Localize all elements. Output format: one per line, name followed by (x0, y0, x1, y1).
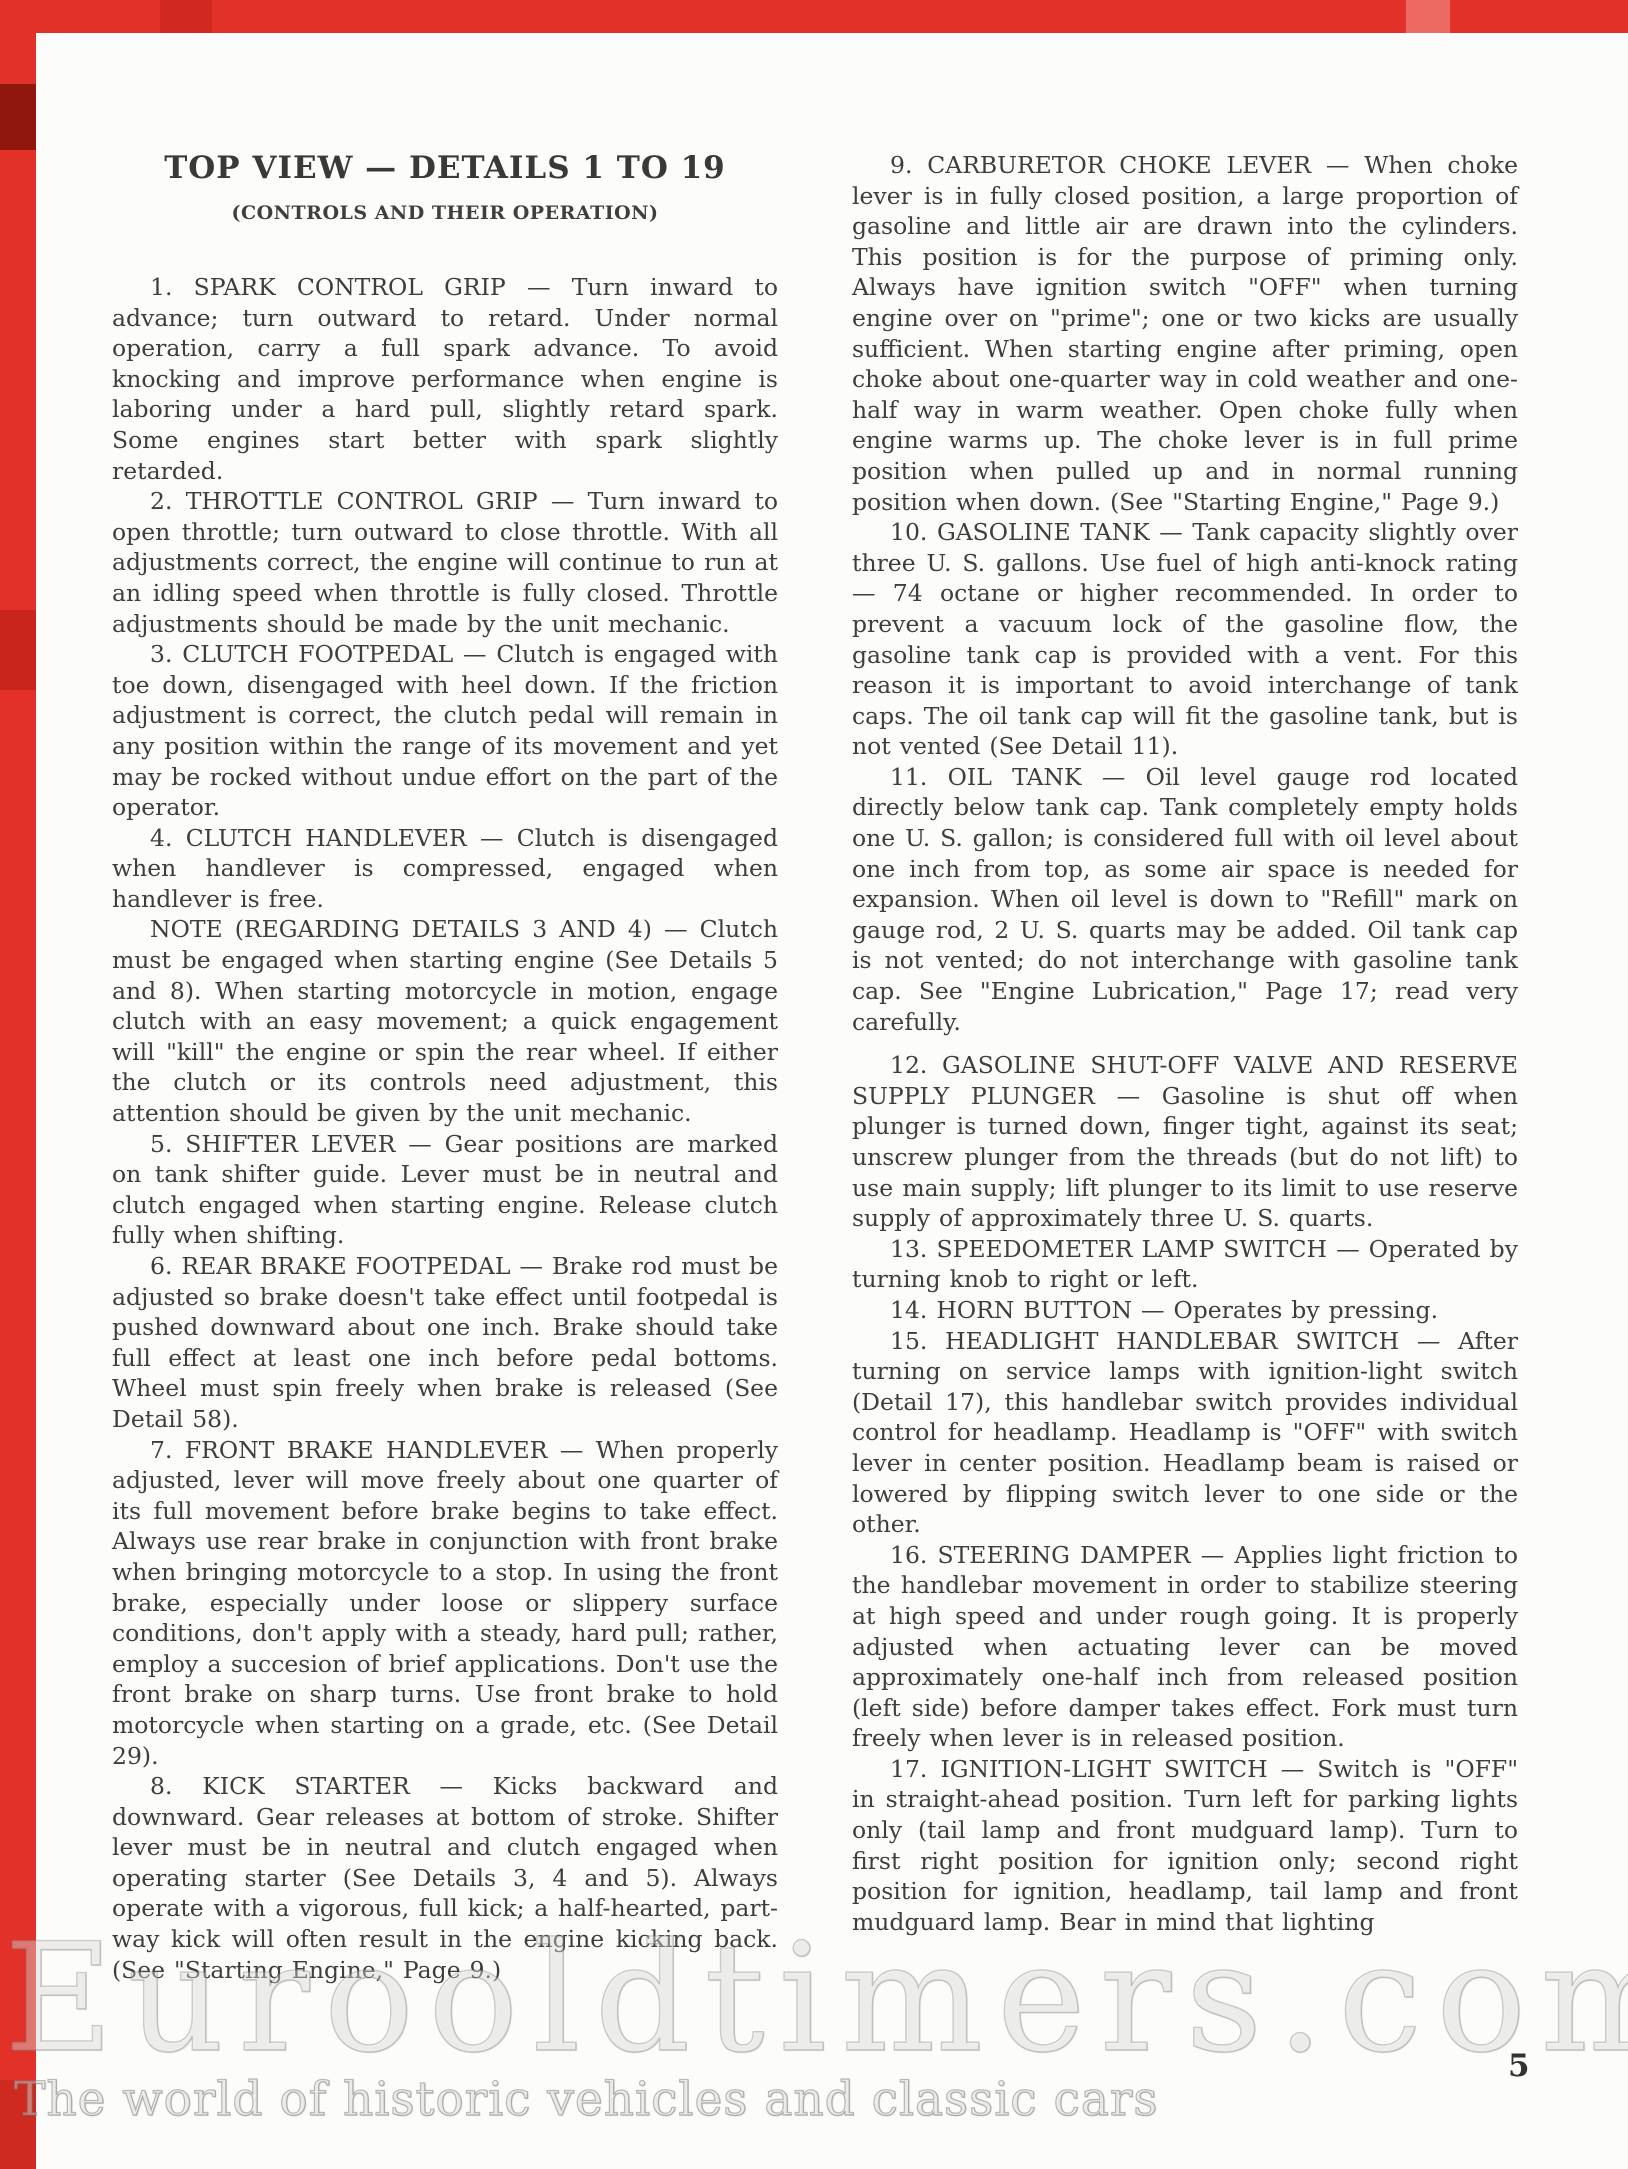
left-edge-red-bar (0, 0, 36, 2169)
watermark-slogan: The world of historic vehicles and class… (14, 2072, 1158, 2127)
left-edge-bottom-patch (0, 2080, 36, 2169)
heading-block: TOP VIEW — DETAILS 1 TO 19 (CONTROLS AND… (112, 150, 778, 224)
right-column: 9. CARBURETOR CHOKE LEVER — When choke l… (852, 150, 1518, 1937)
paragraph-detail-3: 3. CLUTCH FOOTPEDAL — Clutch is engaged … (112, 639, 778, 823)
top-edge-light-patch (1406, 0, 1450, 33)
top-edge-dark-patch (160, 0, 212, 33)
paragraph-detail-14: 14. HORN BUTTON — Operates by pressing. (852, 1295, 1518, 1326)
page-number: 5 (1508, 2048, 1530, 2084)
paragraph-detail-15: 15. HEADLIGHT HANDLEBAR SWITCH — After t… (852, 1326, 1518, 1540)
page-subtitle: (CONTROLS AND THEIR OPERATION) (112, 202, 778, 224)
paragraph-detail-13: 13. SPEEDOMETER LAMP SWITCH — Operated b… (852, 1234, 1518, 1295)
paragraph-detail-1: 1. SPARK CONTROL GRIP — Turn inward to a… (112, 272, 778, 486)
paragraph-detail-6: 6. REAR BRAKE FOOTPEDAL — Brake rod must… (112, 1251, 778, 1435)
top-edge-red-bar (0, 0, 1628, 33)
paragraph-detail-8: 8. KICK STARTER — Kicks backward and dow… (112, 1771, 778, 1985)
paragraph-detail-2: 2. THROTTLE CONTROL GRIP — Turn inward t… (112, 486, 778, 639)
left-column: 1. SPARK CONTROL GRIP — Turn inward to a… (112, 272, 778, 1985)
paragraph-detail-17: 17. IGNITION-LIGHT SWITCH — Switch is "O… (852, 1754, 1518, 1938)
paragraph-detail-5: 5. SHIFTER LEVER — Gear positions are ma… (112, 1129, 778, 1251)
paragraph-detail-7: 7. FRONT BRAKE HANDLEVER — When properly… (112, 1435, 778, 1772)
paragraph-detail-12: 12. GASOLINE SHUT-OFF VALVE AND RESERVE … (852, 1050, 1518, 1234)
left-edge-dark-patch (0, 84, 36, 150)
paragraph-detail-10: 10. GASOLINE TANK — Tank capacity slight… (852, 517, 1518, 762)
paragraph-detail-16: 16. STEERING DAMPER — Applies light fric… (852, 1540, 1518, 1754)
paragraph-detail-11: 11. OIL TANK — Oil level gauge rod locat… (852, 762, 1518, 1037)
paragraph-note-details-3-4: NOTE (REGARDING DETAILS 3 AND 4) — Clutc… (112, 914, 778, 1128)
paragraph-detail-9: 9. CARBURETOR CHOKE LEVER — When choke l… (852, 150, 1518, 517)
manual-page: { "page": { "title": "TOP VIEW — DETAILS… (0, 0, 1628, 2169)
left-edge-mid-patch (0, 610, 36, 690)
paragraph-detail-4: 4. CLUTCH HANDLEVER — Clutch is disengag… (112, 823, 778, 915)
page-title: TOP VIEW — DETAILS 1 TO 19 (112, 150, 778, 186)
